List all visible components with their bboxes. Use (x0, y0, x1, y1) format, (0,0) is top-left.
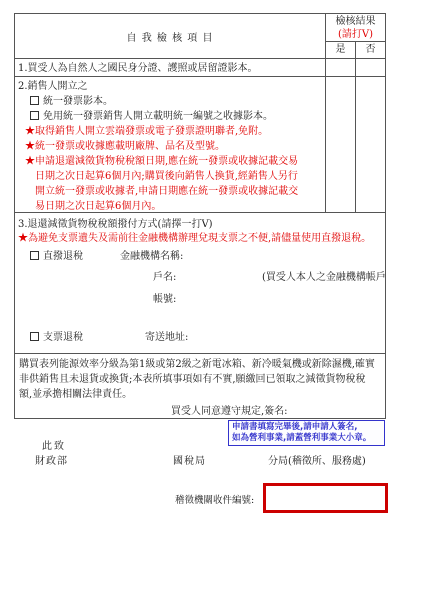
checkbox-invoice-copy[interactable] (30, 96, 39, 105)
declaration-line3: 額,並承擔相關法律責任。 (19, 387, 385, 402)
row3-title: 3.退還減徵貨物稅稅額撥付方式(請擇一打V) (18, 215, 213, 230)
check-refund-option: 支票退稅 (30, 328, 83, 343)
account-number-label: 帳號: (153, 290, 176, 305)
row2-option2-label: 免用統一發票銷售人開立載明統一編號之收據影本。 (43, 111, 273, 122)
declaration-line1: 購買表列能源效率分級為第1級或第2級之新電冰箱、新冷暖氣機或新除濕機,確實 (19, 357, 385, 372)
row1-yes-cell[interactable] (325, 59, 355, 77)
signing-instruction-line2: 如為營利事業,請蓋營利事業大小章。 (232, 433, 384, 444)
signing-instruction-line1: 申請書填寫完畢後,請申請人簽名, (232, 422, 384, 433)
row1-item: 1.買受人為自然人之國民身分證、護照或居留證影本。 (15, 59, 325, 77)
account-owner-note: (買受人本人之金融機構帳戶) (262, 268, 385, 283)
row3-note: ★為避免支票遺失及需前往金融機構辦理兌現支票之不便,請儘量使用直撥退稅。 (18, 229, 371, 244)
checkbox-direct-refund[interactable] (30, 251, 39, 260)
row2-option1-label: 統一發票影本。 (43, 96, 113, 107)
national-tax-bureau-label: 國稅局 (173, 452, 206, 467)
checkbox-receipt-copy[interactable] (30, 111, 39, 120)
row1-no-cell[interactable] (355, 59, 385, 77)
bank-name-label: 金融機構名稱: (120, 247, 183, 262)
check-result-note: (請打V) (326, 28, 385, 41)
row2-note3-line1: ★申請退還減徵貨物稅稅額日期,應在統一發票或收據記載交易 (15, 154, 325, 169)
row2-note2: ★統一發票或收據應載明廠牌、品名及型號。 (15, 139, 325, 154)
ministry-of-finance-label: 財政部 (35, 452, 68, 467)
signature-label: 買受人同意遵守規定,簽名: (171, 404, 385, 418)
row2-option1: 統一發票影本。 (15, 94, 325, 109)
row2-note1: ★取得銷售人開立雲端發票或電子發票證明聯者,免附。 (15, 124, 325, 139)
self-check-form-page: 自 我 檢 核 項 目 檢核結果 (請打V) 是 否 1.買受人為自然人之國民身… (0, 0, 425, 600)
row2-item: 2.銷售人開立之 統一發票影本。 免用統一發票銷售人開立載明統一編號之收據影本。… (15, 77, 325, 213)
declaration-section: 購買表列能源效率分級為第1級或第2級之新電冰箱、新冷暖氣機或新除濕機,確實 非供… (15, 354, 385, 418)
checkbox-check-refund[interactable] (30, 332, 39, 341)
agency-receipt-number-box[interactable] (263, 483, 388, 513)
row2-note3-line2: 日期之次日起算6個月內;購買後向銷售人換貨,經銷售人另行 (15, 169, 325, 184)
check-result-label: 檢核結果 (326, 15, 385, 28)
row2-option2: 免用統一發票銷售人開立載明統一編號之收據影本。 (15, 109, 325, 124)
row3-item: 3.退還減徵貨物稅稅額撥付方式(請擇一打V) ★為避免支票遺失及需前往金融機構辦… (15, 213, 385, 354)
direct-refund-option: 直撥退稅 (30, 247, 83, 262)
check-result-header: 檢核結果 (請打V) (325, 14, 385, 42)
self-check-table: 自 我 檢 核 項 目 檢核結果 (請打V) 是 否 1.買受人為自然人之國民身… (14, 13, 386, 419)
row2-yes-cell[interactable] (325, 77, 355, 213)
salutation: 此致 (42, 437, 66, 452)
column-header-no: 否 (355, 42, 385, 59)
agency-receipt-number-label: 稽徵機關收件編號: (175, 492, 254, 506)
column-header-yes: 是 (325, 42, 355, 59)
signing-instruction-box: 申請書填寫完畢後,請申請人簽名, 如為營利事業,請蓋營利事業大小章。 (228, 420, 385, 446)
table-title: 自 我 檢 核 項 目 (15, 14, 325, 59)
mail-address-label: 寄送地址: (145, 328, 188, 343)
account-name-label: 戶名: (153, 268, 176, 283)
row2-no-cell[interactable] (355, 77, 385, 213)
row2-note3-line3: 開立統一發票或收據者,申請日期應在統一發票或收據記載交 (15, 184, 325, 199)
row2-note3-line4: 易日期之次日起算6個月內。 (15, 199, 325, 213)
row2-title: 2.銷售人開立之 (15, 79, 325, 94)
declaration-line2: 非供銷售且未退貨或換貨;本表所填事項如有不實,願繳回已領取之減徵貨物稅稅 (19, 372, 385, 387)
direct-refund-label: 直撥退稅 (43, 251, 83, 262)
check-refund-label: 支票退稅 (43, 332, 83, 343)
branch-office-label: 分局(稽徵所、服務處) (268, 452, 366, 467)
